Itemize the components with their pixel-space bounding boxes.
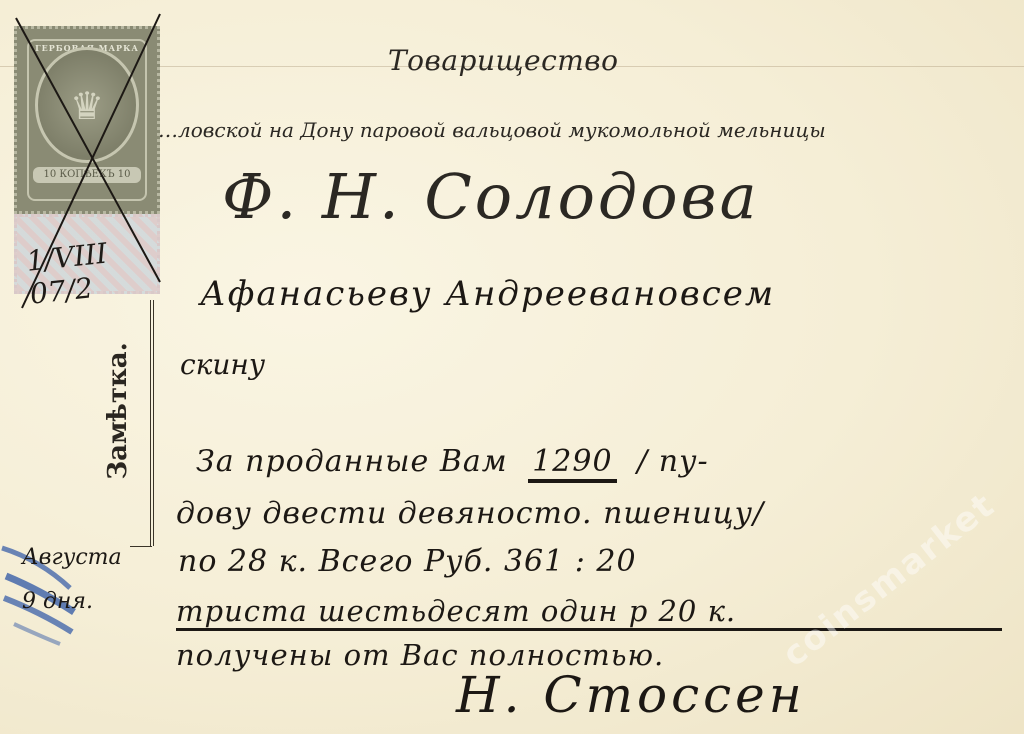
body-line-3: по 28 к. Всего Руб. 361 : 20 — [178, 544, 637, 579]
vertical-rule-foot — [130, 546, 152, 549]
body-line-2: дову двести девяносто. пшеницу/ — [176, 496, 764, 531]
body-amount: 1290 — [528, 444, 616, 483]
signature: Н. Стоссен — [456, 666, 806, 724]
recipient-line-2: скину — [180, 348, 265, 381]
letterhead-partnership: Товарищество — [388, 44, 618, 77]
body-line-1-prefix: За проданные Вам — [196, 444, 508, 479]
body-line-1-suffix: / пу- — [637, 444, 709, 479]
margin-note-month: Августа — [22, 536, 122, 580]
letterhead-mill-line: …ловской на Дону паровой вальцовой муком… — [158, 118, 826, 142]
recipient-line-1: Афанасьеву Андреевановсем — [200, 274, 775, 314]
body-line-1: За проданные Вам 1290 / пу- — [196, 444, 709, 483]
vertical-rule — [150, 300, 154, 546]
cancel-x-icon — [10, 12, 180, 312]
letterhead-owner: Ф. Н. Солодова — [222, 160, 760, 233]
margin-note: Августа 9 дня. — [22, 536, 122, 624]
margin-note-day: 9 дня. — [22, 580, 122, 624]
form-label-text: Замѣтка. — [103, 342, 133, 479]
revenue-stamp: ГЕРБОВАЯ МАРКА ♛ 10 КОПѢЕКЪ 10 1/VIII 07… — [14, 26, 160, 294]
form-label-zametka: Замѣтка. — [98, 316, 138, 506]
